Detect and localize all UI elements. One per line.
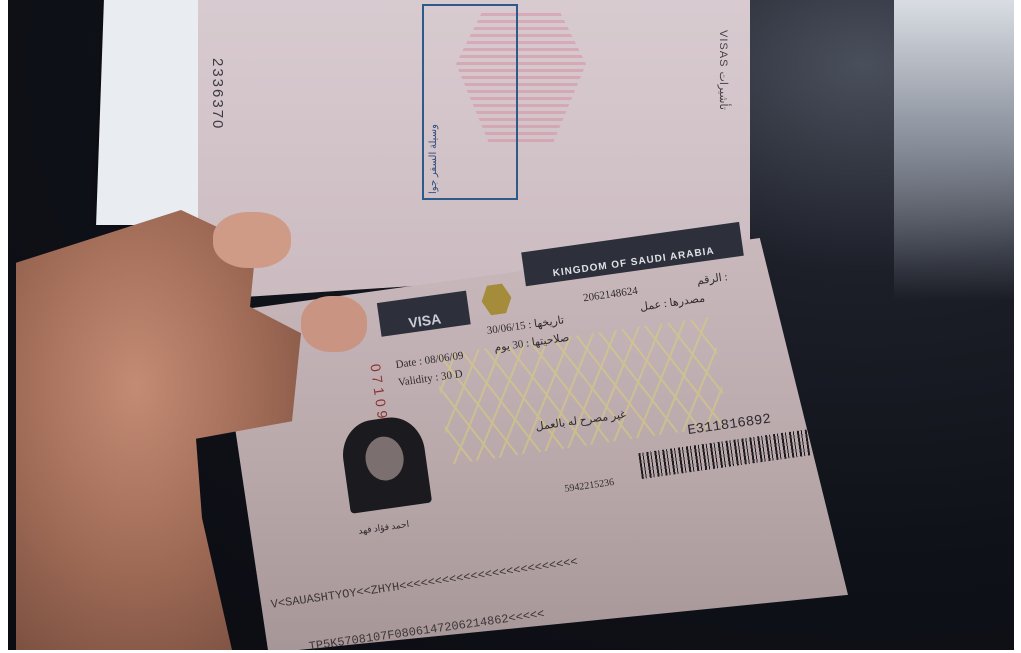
country-english: KINGDOM OF SAUDI ARABIA [552, 246, 715, 280]
passport-serial: 2336370 [209, 58, 226, 130]
thumbnail-upper [213, 212, 291, 268]
visa-number: 2062148624 [582, 285, 638, 305]
security-pattern [435, 317, 728, 465]
visa-type: VISA [407, 310, 442, 330]
barcode [638, 430, 810, 479]
photo: وسيلة السفر جوا 2336370 VISAS تأشيرات KI… [8, 0, 1014, 650]
window-glare [894, 0, 1014, 300]
page-label: VISAS تأشيرات [717, 30, 730, 110]
visa-number-label: الرقم : [696, 270, 728, 287]
entry-stamp: وسيلة السفر جوا [422, 4, 518, 200]
thumbnail-lower [301, 296, 367, 352]
visa-banner: VISA [377, 291, 471, 337]
palm-swords-emblem-icon [480, 282, 514, 316]
passport-number: 5942215236 [564, 477, 615, 495]
visa-sticker: KINGDOM OF SAUDI ARABIA VISA 2062148624 … [360, 198, 805, 532]
purpose: مصدرها : عمل [639, 291, 706, 313]
